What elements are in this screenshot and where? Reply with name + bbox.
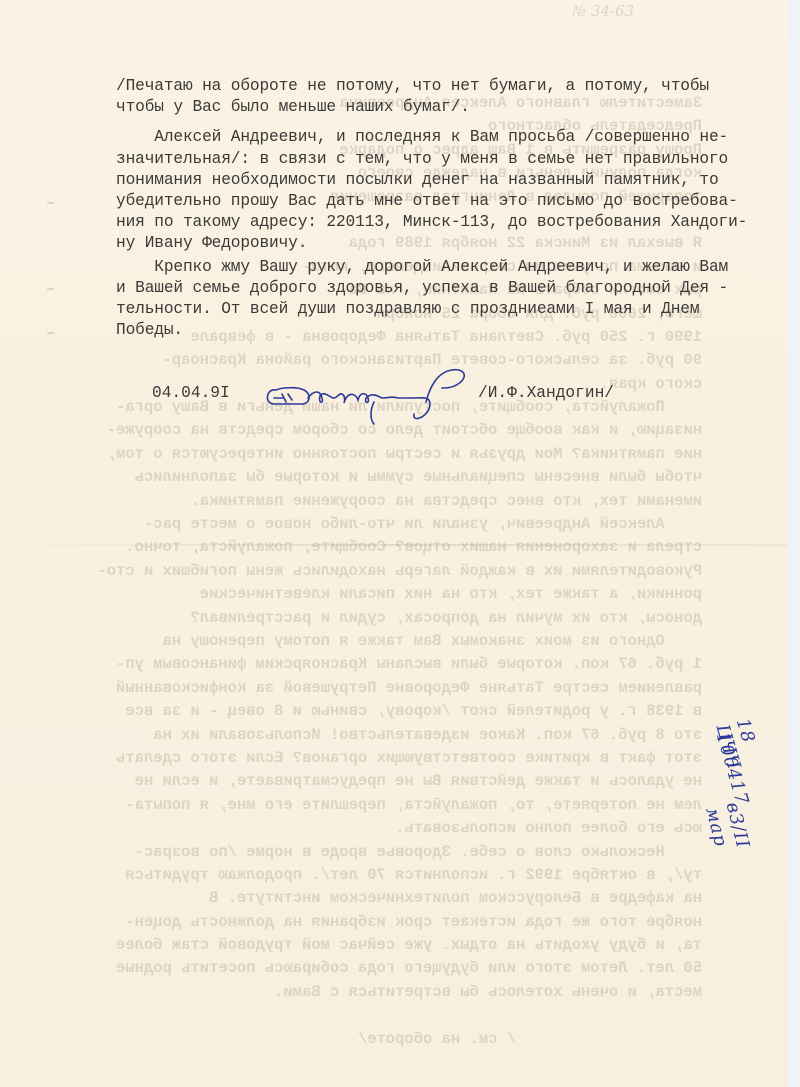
bleed-line: Алексей Андреевич, узнали ли что-либо но… <box>62 513 702 536</box>
text-line: и Вашей семье доброго здоровья, успеха в… <box>116 278 776 299</box>
bleed-line: ту/, в октябре 1992 г. исполнится 70 лет… <box>62 864 702 887</box>
bleed-line: в 1938 г. у родителей скот /корову, свин… <box>62 700 702 723</box>
text-line: Крепко жму Вашу руку, дорогой Алексей Ан… <box>116 257 776 278</box>
text-line: убедительно прошу Вас дать мне ответ на … <box>116 191 776 212</box>
text-line: тельности. От всей души поздравляю с про… <box>116 299 776 320</box>
bleed-line: та, и буду уходить на отдых. уже сейчас … <box>62 934 702 957</box>
bleed-line: чтобы были внесены специальные суммы и к… <box>62 466 702 489</box>
text-line: ния по такому адресу: 220113, Минск-113,… <box>116 212 776 233</box>
bleed-line: / см. на обороте/ <box>62 1028 702 1051</box>
bleed-line: лем не потеряете, то, пожалуйста, перешл… <box>62 794 702 817</box>
text-line: Алексей Андреевич, и последняя к Вам про… <box>116 127 776 148</box>
letter-page: № 34-63 Заместителю главного Алексея Анд… <box>0 0 788 1087</box>
letter-date: 04.04.9I <box>152 384 230 402</box>
bleed-line: ние памятника? Мои друзья и сестры посто… <box>62 443 702 466</box>
margin-dash: – <box>46 281 55 298</box>
archive-number: № 34-63 <box>572 2 634 20</box>
bleed-line: 1 руб. 67 коп. которые были высланы Крас… <box>62 653 702 676</box>
bleed-line: Руководителями их в каждой лагерь находи… <box>62 560 702 583</box>
bleed-line: 50 лет. Летом этого или будущего года со… <box>62 957 702 980</box>
text-line: значительная/: в связи с тем, что у меня… <box>116 149 776 170</box>
handwritten-signature <box>262 368 492 428</box>
text-line: /Печатаю на обороте не потому, что нет б… <box>116 76 776 97</box>
margin-note-line3: вЗ/II мар <box>701 800 753 856</box>
bleed-line: места, и очень хотелось бы встретиться с… <box>62 981 702 1004</box>
text-line: чтобы у Вас было меньше наших бумаг/. <box>116 97 776 118</box>
bleed-line: Одного из моих знакомых Вам также я пото… <box>62 630 702 653</box>
bleed-line: именами тех, кто внес средства на сооруж… <box>62 490 702 513</box>
bleed-line: на кафедре в Белорусском политехническом… <box>62 887 702 910</box>
bleed-line: этот факт в критике соответствующих орга… <box>62 747 702 770</box>
text-line: ну Ивану Федоровичу. <box>116 233 776 254</box>
text-line: понимания необходимости посылки денег на… <box>116 170 776 191</box>
margin-dash: – <box>46 195 55 212</box>
closing-line: 04.04.9I /И.Ф.Хандогин/ <box>116 384 676 428</box>
bleed-line: Несколько слов о себе. Здоровье вроде в … <box>62 841 702 864</box>
bleed-line: это 8 руб. 67 коп. Какое издевательство!… <box>62 724 702 747</box>
bleed-line <box>62 1004 702 1027</box>
bleed-line: юсь его более полно использовать. <box>62 817 702 840</box>
bleed-line: равлением сестре Татьяне Федоровне Петру… <box>62 677 702 700</box>
bleed-line: доносы, кто их мучил на допросах, судил … <box>62 607 702 630</box>
text-line: Победы. <box>116 320 776 341</box>
typed-name: /И.Ф.Хандогин/ <box>478 384 614 402</box>
letter-body: /Печатаю на обороте не потому, что нет б… <box>116 76 776 341</box>
margin-dash: – <box>46 325 55 342</box>
bleed-line: ронники, а также тех, кто на них писали … <box>62 583 702 606</box>
bleed-line: ноябре того же года истекает срок избран… <box>62 911 702 934</box>
bleed-line: стрела и захоронения наших отцов? Сообщи… <box>62 536 702 559</box>
bleed-line: не удалось и также действия Вы не предус… <box>62 770 702 793</box>
